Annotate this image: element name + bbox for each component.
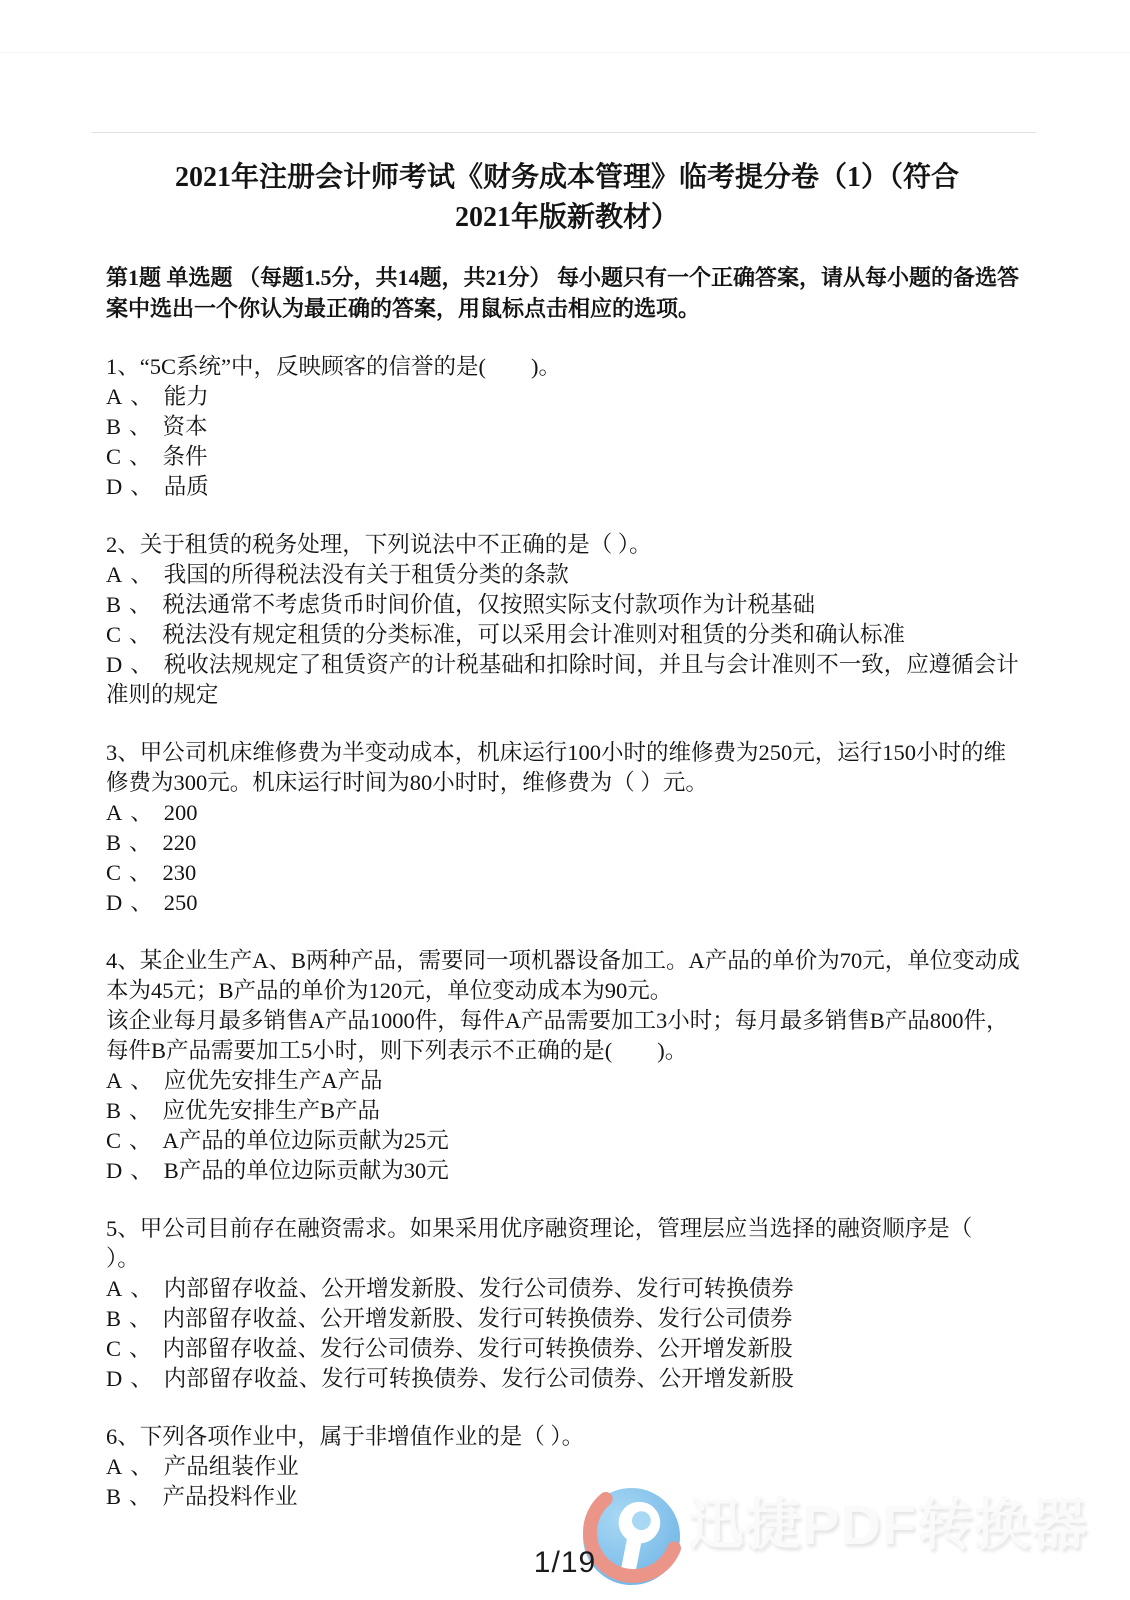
option-text: 品质 [164, 474, 209, 499]
option-separator: 、 [129, 1098, 152, 1123]
options-list: A、我国的所得税法没有关于租赁分类的条款 B、税法通常不考虑货币时间价值，仅按照… [106, 560, 1028, 710]
pdf-converter-logo-icon [582, 1487, 681, 1586]
option-label: C [106, 444, 121, 469]
option-separator: 、 [130, 384, 153, 409]
option-separator: 、 [129, 860, 152, 885]
option-label: B [106, 830, 121, 855]
option-label: D [106, 890, 122, 915]
option-text: 能力 [164, 384, 209, 409]
option-row: C、内部留存收益、发行公司债券、发行可转换债券、公开增发新股 [106, 1334, 1028, 1364]
option-label: A [106, 800, 122, 825]
option-row: B、应优先安排生产B产品 [106, 1096, 1028, 1126]
option-text: 内部留存收益、发行可转换债券、发行公司债券、公开增发新股 [164, 1366, 794, 1391]
question-stem: 5、甲公司目前存在融资需求。如果采用优序融资理论，管理层应当选择的融资顺序是（ … [106, 1214, 1028, 1274]
question-3: 3、甲公司机床维修费为半变动成本，机床运行100小时的维修费为250元，运行15… [106, 738, 1028, 918]
question-stem: 6、下列各项作业中，属于非增值作业的是（ ）。 [106, 1422, 1028, 1452]
option-row: D、B产品的单位边际贡献为30元 [106, 1156, 1028, 1186]
option-text: 产品投料作业 [163, 1484, 298, 1509]
option-row: D、250 [106, 888, 1028, 918]
question-6: 6、下列各项作业中，属于非增值作业的是（ ）。 A、产品组装作业 B、产品投料作… [106, 1422, 1028, 1512]
question-stem: 1、“5C系统”中，反映顾客的信誉的是( )。 [106, 352, 1028, 382]
options-list: A、能力 B、资本 C、条件 D、品质 [106, 382, 1028, 502]
question-stem: 3、甲公司机床维修费为半变动成本，机床运行100小时的维修费为250元，运行15… [106, 738, 1028, 798]
options-list: A、应优先安排生产A产品 B、应优先安排生产B产品 C、A产品的单位边际贡献为2… [106, 1066, 1028, 1186]
section-header: 第1题 单选题 （每题1.5分，共14题，共21分） 每小题只有一个正确答案，请… [106, 262, 1028, 324]
option-row: C、条件 [106, 442, 1028, 472]
option-row: D、内部留存收益、发行可转换债券、发行公司债券、公开增发新股 [106, 1364, 1028, 1394]
option-label: D [106, 1366, 122, 1391]
option-label: B [106, 1484, 121, 1509]
page-content: 2021年注册会计师考试《财务成本管理》临考提分卷（1）（符合 2021年版新教… [106, 0, 1028, 1512]
option-text: 内部留存收益、公开增发新股、发行公司债券、发行可转换债券 [164, 1276, 794, 1301]
option-row: B、资本 [106, 412, 1028, 442]
option-separator: 、 [129, 1484, 152, 1509]
logo-p-hole [632, 1511, 651, 1530]
question-2: 2、关于租赁的税务处理，下列说法中不正确的是（ ）。 A、我国的所得税法没有关于… [106, 530, 1028, 710]
option-row: A、200 [106, 798, 1028, 828]
option-separator: 、 [129, 592, 152, 617]
options-list: A、产品组装作业 B、产品投料作业 [106, 1452, 1028, 1512]
option-text: 内部留存收益、公开增发新股、发行可转换债券、发行公司债券 [163, 1306, 793, 1331]
option-separator: 、 [129, 622, 152, 647]
option-row: B、产品投料作业 [106, 1482, 1028, 1512]
option-separator: 、 [130, 474, 153, 499]
option-text: 应优先安排生产B产品 [163, 1098, 381, 1123]
option-text: 220 [163, 830, 197, 855]
option-separator: 、 [129, 414, 152, 439]
question-stem: 4、某企业生产A、B两种产品，需要同一项机器设备加工。A产品的单价为70元，单位… [106, 946, 1028, 1066]
option-separator: 、 [130, 652, 153, 677]
option-separator: 、 [129, 830, 152, 855]
option-row: B、220 [106, 828, 1028, 858]
option-separator: 、 [129, 444, 152, 469]
option-label: A [106, 1068, 122, 1093]
option-text: 应优先安排生产A产品 [164, 1068, 383, 1093]
option-label: A [106, 562, 122, 587]
option-text: 税收法规规定了租赁资产的计税基础和扣除时间，并且与会计准则不一致，应遵循会计准则… [106, 652, 1019, 707]
option-label: C [106, 622, 121, 647]
option-text: B产品的单位边际贡献为30元 [164, 1158, 449, 1183]
option-separator: 、 [130, 1276, 153, 1301]
pdf-page: 2021年注册会计师考试《财务成本管理》临考提分卷（1）（符合 2021年版新教… [0, 0, 1130, 1600]
option-separator: 、 [129, 1336, 152, 1361]
option-separator: 、 [130, 1366, 153, 1391]
option-label: D [106, 652, 122, 677]
option-label: B [106, 414, 121, 439]
options-list: A、内部留存收益、公开增发新股、发行公司债券、发行可转换债券 B、内部留存收益、… [106, 1274, 1028, 1394]
option-separator: 、 [130, 890, 153, 915]
question-stem: 2、关于租赁的税务处理，下列说法中不正确的是（ ）。 [106, 530, 1028, 560]
option-row: C、A产品的单位边际贡献为25元 [106, 1126, 1028, 1156]
option-separator: 、 [130, 1068, 153, 1093]
option-row: C、230 [106, 858, 1028, 888]
option-row: C、税法没有规定租赁的分类标准，可以采用会计准则对租赁的分类和确认标准 [106, 620, 1028, 650]
option-text: 230 [163, 860, 197, 885]
option-label: A [106, 1454, 122, 1479]
option-label: B [106, 1098, 121, 1123]
option-text: 产品组装作业 [164, 1454, 299, 1479]
option-row: A、我国的所得税法没有关于租赁分类的条款 [106, 560, 1028, 590]
option-label: D [106, 1158, 122, 1183]
option-row: D、品质 [106, 472, 1028, 502]
option-text: 税法没有规定租赁的分类标准，可以采用会计准则对租赁的分类和确认标准 [163, 622, 906, 647]
option-label: C [106, 1336, 121, 1361]
options-list: A、200 B、220 C、230 D、250 [106, 798, 1028, 918]
option-separator: 、 [129, 1306, 152, 1331]
page-title: 2021年注册会计师考试《财务成本管理》临考提分卷（1）（符合 2021年版新教… [106, 158, 1028, 238]
option-row: A、产品组装作业 [106, 1452, 1028, 1482]
option-label: A [106, 384, 122, 409]
option-label: C [106, 1128, 121, 1153]
option-row: A、应优先安排生产A产品 [106, 1066, 1028, 1096]
option-label: C [106, 860, 121, 885]
option-text: 250 [164, 890, 198, 915]
option-separator: 、 [130, 1454, 153, 1479]
question-1: 1、“5C系统”中，反映顾客的信誉的是( )。 A、能力 B、资本 C、条件 D… [106, 352, 1028, 502]
option-separator: 、 [130, 800, 153, 825]
option-separator: 、 [130, 562, 153, 587]
option-row: B、税法通常不考虑货币时间价值，仅按照实际支付款项作为计税基础 [106, 590, 1028, 620]
option-text: A产品的单位边际贡献为25元 [163, 1128, 449, 1153]
option-row: A、能力 [106, 382, 1028, 412]
option-label: B [106, 592, 121, 617]
option-row: D、税收法规规定了租赁资产的计税基础和扣除时间，并且与会计准则不一致，应遵循会计… [106, 650, 1028, 710]
question-5: 5、甲公司目前存在融资需求。如果采用优序融资理论，管理层应当选择的融资顺序是（ … [106, 1214, 1028, 1394]
option-separator: 、 [130, 1158, 153, 1183]
page-number: 1/19 [534, 1546, 596, 1580]
question-4: 4、某企业生产A、B两种产品，需要同一项机器设备加工。A产品的单价为70元，单位… [106, 946, 1028, 1186]
option-row: A、内部留存收益、公开增发新股、发行公司债券、发行可转换债券 [106, 1274, 1028, 1304]
option-text: 税法通常不考虑货币时间价值，仅按照实际支付款项作为计税基础 [163, 592, 816, 617]
option-text: 200 [164, 800, 198, 825]
option-label: A [106, 1276, 122, 1301]
option-text: 内部留存收益、发行公司债券、发行可转换债券、公开增发新股 [163, 1336, 793, 1361]
option-label: B [106, 1306, 121, 1331]
option-text: 我国的所得税法没有关于租赁分类的条款 [164, 562, 569, 587]
option-separator: 、 [129, 1128, 152, 1153]
option-row: B、内部留存收益、公开增发新股、发行可转换债券、发行公司债券 [106, 1304, 1028, 1334]
option-text: 条件 [163, 444, 208, 469]
option-text: 资本 [163, 414, 208, 439]
option-label: D [106, 474, 122, 499]
